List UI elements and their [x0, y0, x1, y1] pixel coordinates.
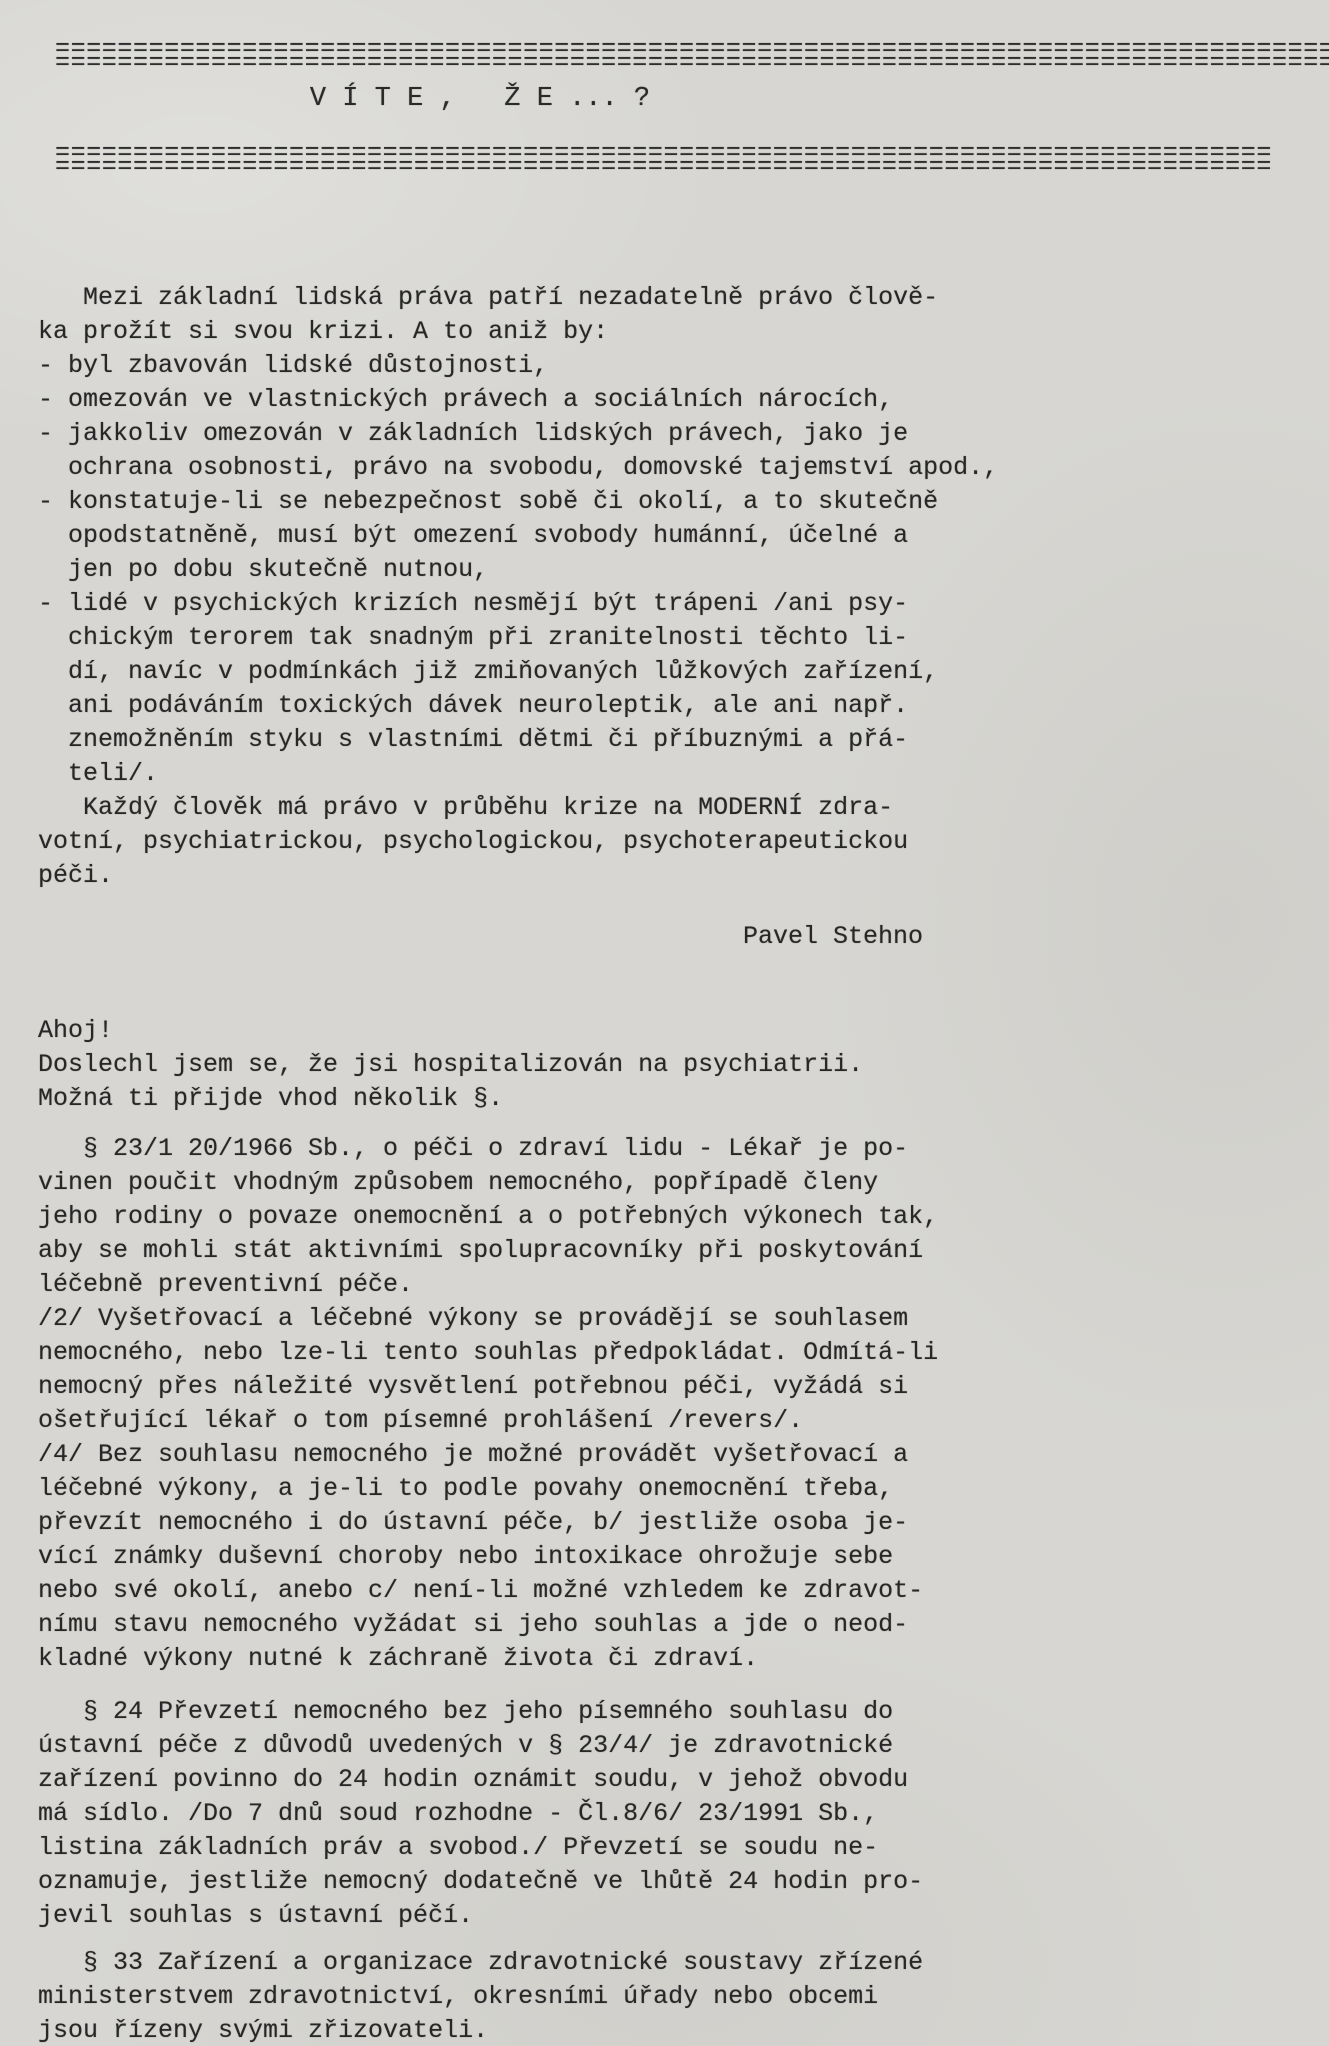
- page-title: V Í T E , Ž E ... ?: [0, 82, 960, 116]
- divider-top: ========================================…: [55, 42, 1329, 70]
- paragraph-section-33: § 33 Zařízení a organizace zdravotnické …: [38, 1946, 1329, 2046]
- divider-bottom: ========================================…: [55, 146, 1329, 174]
- paragraph-human-rights-list: Mezi základní lidská práva patří nezadat…: [38, 281, 1329, 893]
- paragraph-section-24: § 24 Převzetí nemocného bez jeho písemné…: [38, 1695, 1329, 1933]
- paragraph-greeting: Ahoj! Doslechl jsem se, že jsi hospitali…: [38, 1014, 1329, 1116]
- scanned-typewritten-page: ========================================…: [0, 0, 1329, 2046]
- paragraph-section-23: § 23/1 20/1966 Sb., o péči o zdraví lidu…: [38, 1132, 1329, 1676]
- signature-author: Pavel Stehno: [743, 920, 1329, 954]
